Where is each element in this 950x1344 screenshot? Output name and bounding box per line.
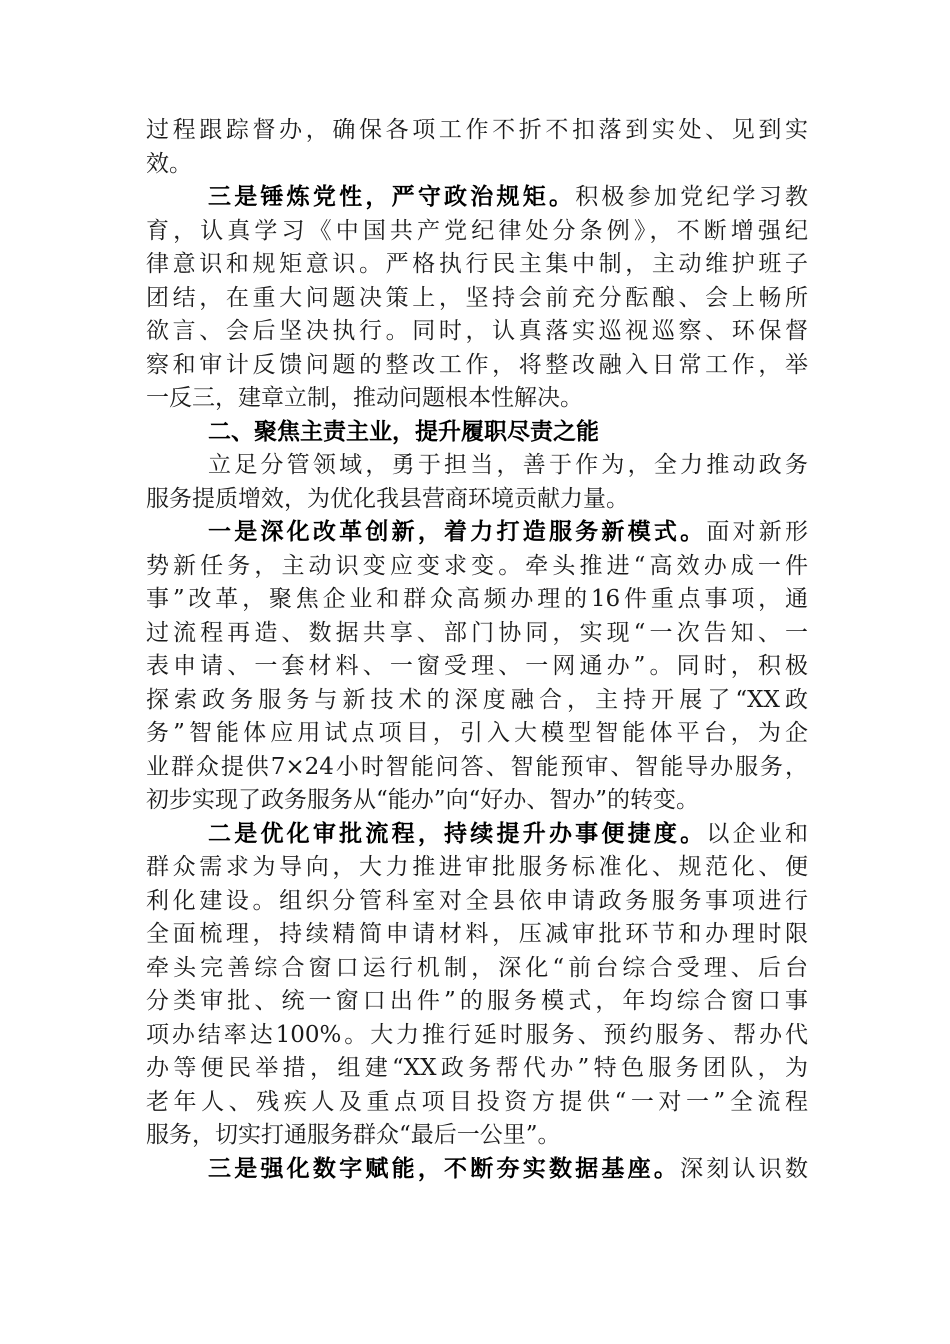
text-line: 势新任务，主动识变应变求变。牵头推进“高效办成一件 bbox=[146, 550, 808, 584]
text-line: 务”智能体应用试点项目，引入大模型智能体平台，为企 bbox=[146, 717, 808, 751]
point-text: 以企业和 bbox=[706, 821, 808, 847]
text-line: 群众需求为导向，大力推进审批服务标准化、规范化、便 bbox=[146, 851, 808, 885]
text-line: 效。 bbox=[146, 148, 808, 182]
point-text: 面对新形 bbox=[706, 519, 808, 545]
section-heading-text: 二、聚焦主责主业，提升履职尽责之能 bbox=[146, 416, 808, 450]
text-line: 立足分管领域，勇于担当，善于作为，全力推动政务 bbox=[146, 449, 808, 483]
text-line: 一反三，建章立制，推动问题根本性解决。 bbox=[146, 382, 808, 416]
text-line: 办等便民举措，组建“XX政务帮代办”特色服务团队，为 bbox=[146, 1052, 808, 1086]
text-line: 欲言、会后坚决执行。同时，认真落实巡视巡察、环保督 bbox=[146, 315, 808, 349]
paragraph-intro: 立足分管领域，勇于担当，善于作为，全力推动政务 服务提质增效，为优化我县营商环境… bbox=[146, 449, 808, 516]
document-page: 过程跟踪督办，确保各项工作不折不扣落到实处、见到实 效。 三是锤炼党性，严守政治… bbox=[146, 114, 808, 1186]
paragraph-point-3-digital: 三是强化数字赋能，不断夯实数据基座。深刻认识数 bbox=[146, 1153, 808, 1187]
text-line: 业群众提供7×24小时智能问答、智能预审、智能导办服务， bbox=[146, 751, 808, 785]
text-line: 服务，切实打通服务群众“最后一公里”。 bbox=[146, 1119, 808, 1153]
point-lead: 二是优化审批流程，持续提升办事便捷度。 bbox=[208, 821, 706, 847]
text-line: 探索政务服务与新技术的深度融合，主持开展了“XX政 bbox=[146, 684, 808, 718]
section-heading: 二、聚焦主责主业，提升履职尽责之能 bbox=[146, 416, 808, 450]
point-lead: 三是强化数字赋能，不断夯实数据基座。 bbox=[208, 1156, 680, 1182]
text-line: 表申请、一套材料、一窗受理、一网通办”。同时，积极 bbox=[146, 650, 808, 684]
text-line: 团结，在重大问题决策上，坚持会前充分酝酿、会上畅所 bbox=[146, 282, 808, 316]
paragraph-point-2-approval: 二是优化审批流程，持续提升办事便捷度。以企业和 群众需求为导向，大力推进审批服务… bbox=[146, 818, 808, 1153]
text-line: 全面梳理，持续精简申请材料，压减审批环节和办理时限 bbox=[146, 918, 808, 952]
text-line: 二是优化审批流程，持续提升办事便捷度。以企业和 bbox=[146, 818, 808, 852]
text-line: 牵头完善综合窗口运行机制，深化“前台综合受理、后台 bbox=[146, 952, 808, 986]
text-line: 三是强化数字赋能，不断夯实数据基座。深刻认识数 bbox=[146, 1153, 808, 1187]
text-line: 律意识和规矩意识。严格执行民主集中制，主动维护班子 bbox=[146, 248, 808, 282]
text-line: 过流程再造、数据共享、部门协同，实现“一次告知、一 bbox=[146, 617, 808, 651]
text-line: 过程跟踪督办，确保各项工作不折不扣落到实处、见到实 bbox=[146, 114, 808, 148]
text-line: 三是锤炼党性，严守政治规矩。积极参加党纪学习教 bbox=[146, 181, 808, 215]
text-line: 项办结率达100%。大力推行延时服务、预约服务、帮办代 bbox=[146, 1019, 808, 1053]
text-line: 初步实现了政务服务从“能办”向“好办、智办”的转变。 bbox=[146, 784, 808, 818]
text-line: 察和审计反馈问题的整改工作，将整改融入日常工作，举 bbox=[146, 349, 808, 383]
text-line: 分类审批、统一窗口出件”的服务模式，年均综合窗口事 bbox=[146, 985, 808, 1019]
paragraph-point-1-reform: 一是深化改革创新，着力打造服务新模式。面对新形 势新任务，主动识变应变求变。牵头… bbox=[146, 516, 808, 818]
text-line: 服务提质增效，为优化我县营商环境贡献力量。 bbox=[146, 483, 808, 517]
text-line: 事”改革，聚焦企业和群众高频办理的16件重点事项，通 bbox=[146, 583, 808, 617]
point-text: 深刻认识数 bbox=[680, 1156, 808, 1182]
point-text: 积极参加党纪学习教 bbox=[575, 184, 808, 210]
paragraph-point-3-party-discipline: 三是锤炼党性，严守政治规矩。积极参加党纪学习教 育，认真学习《中国共产党纪律处分… bbox=[146, 181, 808, 416]
text-line: 育，认真学习《中国共产党纪律处分条例》，不断增强纪 bbox=[146, 215, 808, 249]
paragraph-continuation: 过程跟踪督办，确保各项工作不折不扣落到实处、见到实 效。 bbox=[146, 114, 808, 181]
text-line: 利化建设。组织分管科室对全县依申请政务服务事项进行 bbox=[146, 885, 808, 919]
text-line: 老年人、残疾人及重点项目投资方提供“一对一”全流程 bbox=[146, 1086, 808, 1120]
point-lead: 一是深化改革创新，着力打造服务新模式。 bbox=[208, 519, 706, 545]
text-line: 一是深化改革创新，着力打造服务新模式。面对新形 bbox=[146, 516, 808, 550]
point-lead: 三是锤炼党性，严守政治规矩。 bbox=[208, 184, 575, 210]
